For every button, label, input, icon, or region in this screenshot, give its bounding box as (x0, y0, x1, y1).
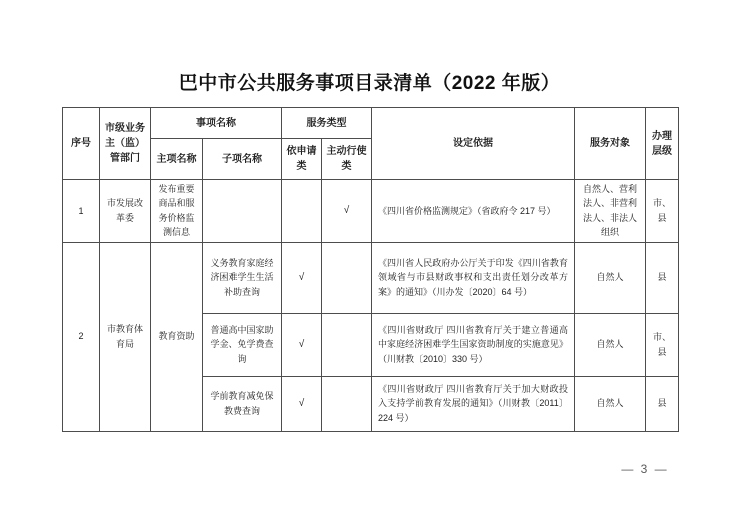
document-page: 巴中市公共服务事项目录清单（2022 年版） 序号 市级业务主（监）管部门 事项… (0, 0, 739, 521)
header-main-item: 主项名称 (151, 139, 203, 180)
cell-by-application-checkmark: √ (282, 313, 322, 376)
cell-by-application-checkmark: √ (282, 242, 322, 313)
header-sub-item: 子项名称 (203, 139, 282, 180)
cell-legal-basis: 《四川省财政厅 四川省教育厅关于建立普通高中家庭经济困难学生国家资助制度的实施意… (372, 313, 575, 376)
cell-sub-item: 学前教育减免保教费查询 (203, 376, 282, 431)
cell-seq: 2 (63, 242, 100, 431)
cell-sub-item (203, 180, 282, 243)
cell-by-application-checkmark: √ (282, 376, 322, 431)
cell-proactive (322, 376, 372, 431)
cell-legal-basis: 《四川省财政厅 四川省教育厅关于加大财政投入支持学前教育发展的通知》（川财教〔2… (372, 376, 575, 431)
header-legal-basis: 设定依据 (372, 108, 575, 180)
header-proactive: 主动行使类 (322, 139, 372, 180)
cell-service-target: 自然人 (575, 376, 646, 431)
header-handling-level: 办理层级 (646, 108, 679, 180)
public-service-catalog-table: 序号 市级业务主（监）管部门 事项名称 服务类型 设定依据 服务对象 办理层级 … (62, 107, 679, 432)
cell-proactive (322, 313, 372, 376)
header-service-type: 服务类型 (282, 108, 372, 139)
header-row-1: 序号 市级业务主（监）管部门 事项名称 服务类型 设定依据 服务对象 办理层级 (63, 108, 679, 139)
header-seq: 序号 (63, 108, 100, 180)
header-by-application: 依申请类 (282, 139, 322, 180)
cell-proactive-checkmark: √ (322, 180, 372, 243)
table-row: 1 市发展改革委 发布重要商品和服务价格监测信息 √ 《四川省价格监测规定》（省… (63, 180, 679, 243)
cell-legal-basis: 《四川省价格监测规定》（省政府令 217 号） (372, 180, 575, 243)
cell-handling-level: 市、县 (646, 313, 679, 376)
cell-sub-item: 义务教育家庭经济困难学生生活补助查询 (203, 242, 282, 313)
cell-handling-level: 县 (646, 242, 679, 313)
cell-service-target: 自然人 (575, 242, 646, 313)
page-number: — 3 — (605, 462, 685, 476)
cell-legal-basis: 《四川省人民政府办公厅关于印发《四川省教育领域省与市县财政事权和支出责任划分改革… (372, 242, 575, 313)
header-item-name: 事项名称 (151, 108, 282, 139)
page-title: 巴中市公共服务事项目录清单（2022 年版） (0, 68, 739, 95)
table-row: 2 市教育体育局 教育资助 义务教育家庭经济困难学生生活补助查询 √ 《四川省人… (63, 242, 679, 313)
cell-service-target: 自然人、营利法人、非营利法人、非法人组织 (575, 180, 646, 243)
cell-dept: 市教育体育局 (100, 242, 151, 431)
cell-by-application (282, 180, 322, 243)
header-service-target: 服务对象 (575, 108, 646, 180)
cell-main-item: 教育资助 (151, 242, 203, 431)
cell-sub-item: 普通高中国家助学金、免学费查询 (203, 313, 282, 376)
cell-dept: 市发展改革委 (100, 180, 151, 243)
cell-service-target: 自然人 (575, 313, 646, 376)
cell-seq: 1 (63, 180, 100, 243)
cell-handling-level: 县 (646, 376, 679, 431)
cell-proactive (322, 242, 372, 313)
header-dept: 市级业务主（监）管部门 (100, 108, 151, 180)
cell-main-item: 发布重要商品和服务价格监测信息 (151, 180, 203, 243)
cell-handling-level: 市、县 (646, 180, 679, 243)
